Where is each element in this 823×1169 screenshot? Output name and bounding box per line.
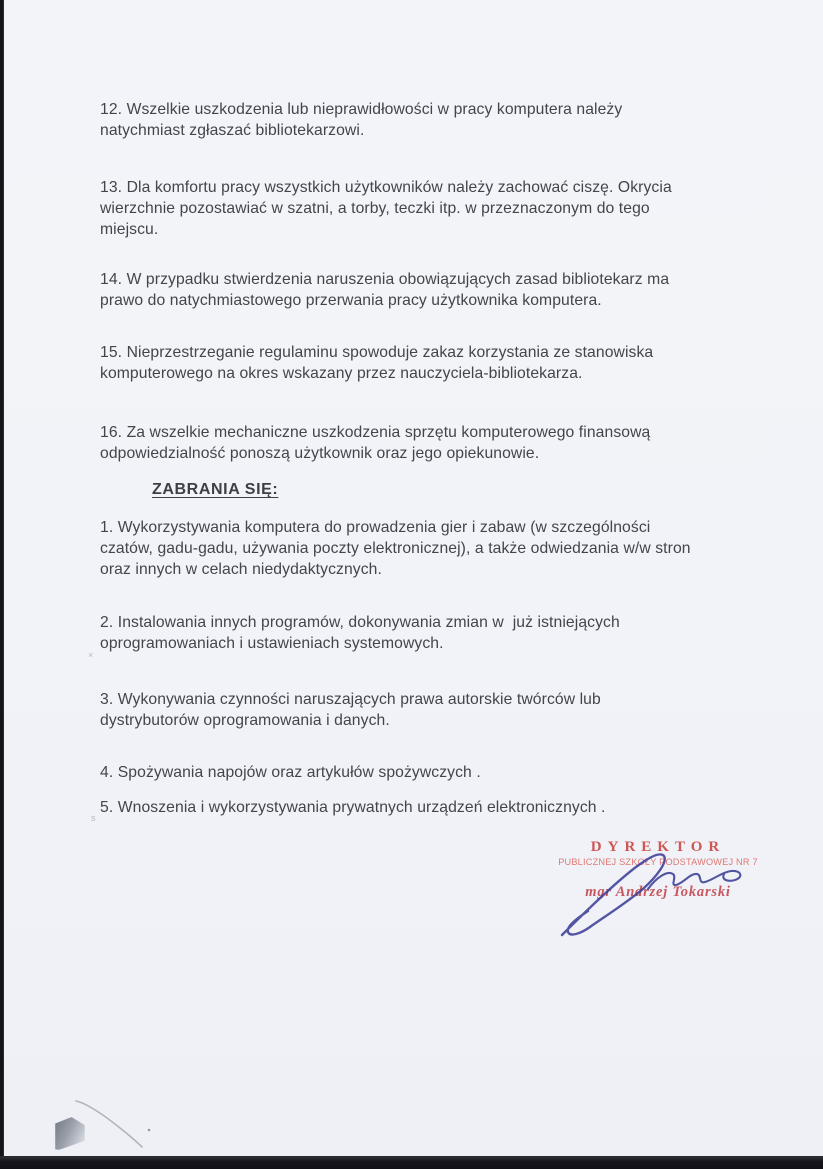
prohibition-item-4: 4. Spożywania napojów oraz artykułów spo… (100, 762, 790, 783)
scan-edge-bottom-artifact (0, 1156, 823, 1169)
prohibition-item-2: 2. Instalowania innych programów, dokony… (100, 612, 790, 654)
scan-speck-artifact: × (88, 650, 93, 660)
prohibition-item-5: 5. Wnoszenia i wykorzystywania prywatnyc… (100, 797, 790, 818)
signature-ink (548, 843, 758, 943)
rule-item-15: 15. Nieprzestrzeganie regulaminu spowodu… (100, 342, 790, 384)
scan-edge-left-artifact (0, 0, 4, 1169)
prohibition-item-1: 1. Wykorzystywania komputera do prowadze… (100, 517, 790, 580)
scan-scratch-artifact (68, 1093, 163, 1153)
rule-item-16: 16. Za wszelkie mechaniczne uszkodzenia … (100, 422, 790, 464)
rule-item-12: 12. Wszelkie uszkodzenia lub nieprawidło… (100, 99, 790, 141)
rule-item-13: 13. Dla komfortu pracy wszystkich użytko… (100, 177, 790, 240)
prohibition-item-3: 3. Wykonywania czynności naruszających p… (100, 689, 790, 731)
scan-speck-artifact: s (91, 813, 96, 823)
scanned-document-page: 12. Wszelkie uszkodzenia lub nieprawidło… (0, 0, 823, 1169)
rule-item-14: 14. W przypadku stwierdzenia naruszenia … (100, 269, 790, 311)
prohibitions-heading: ZABRANIA SIĘ: (152, 479, 278, 500)
